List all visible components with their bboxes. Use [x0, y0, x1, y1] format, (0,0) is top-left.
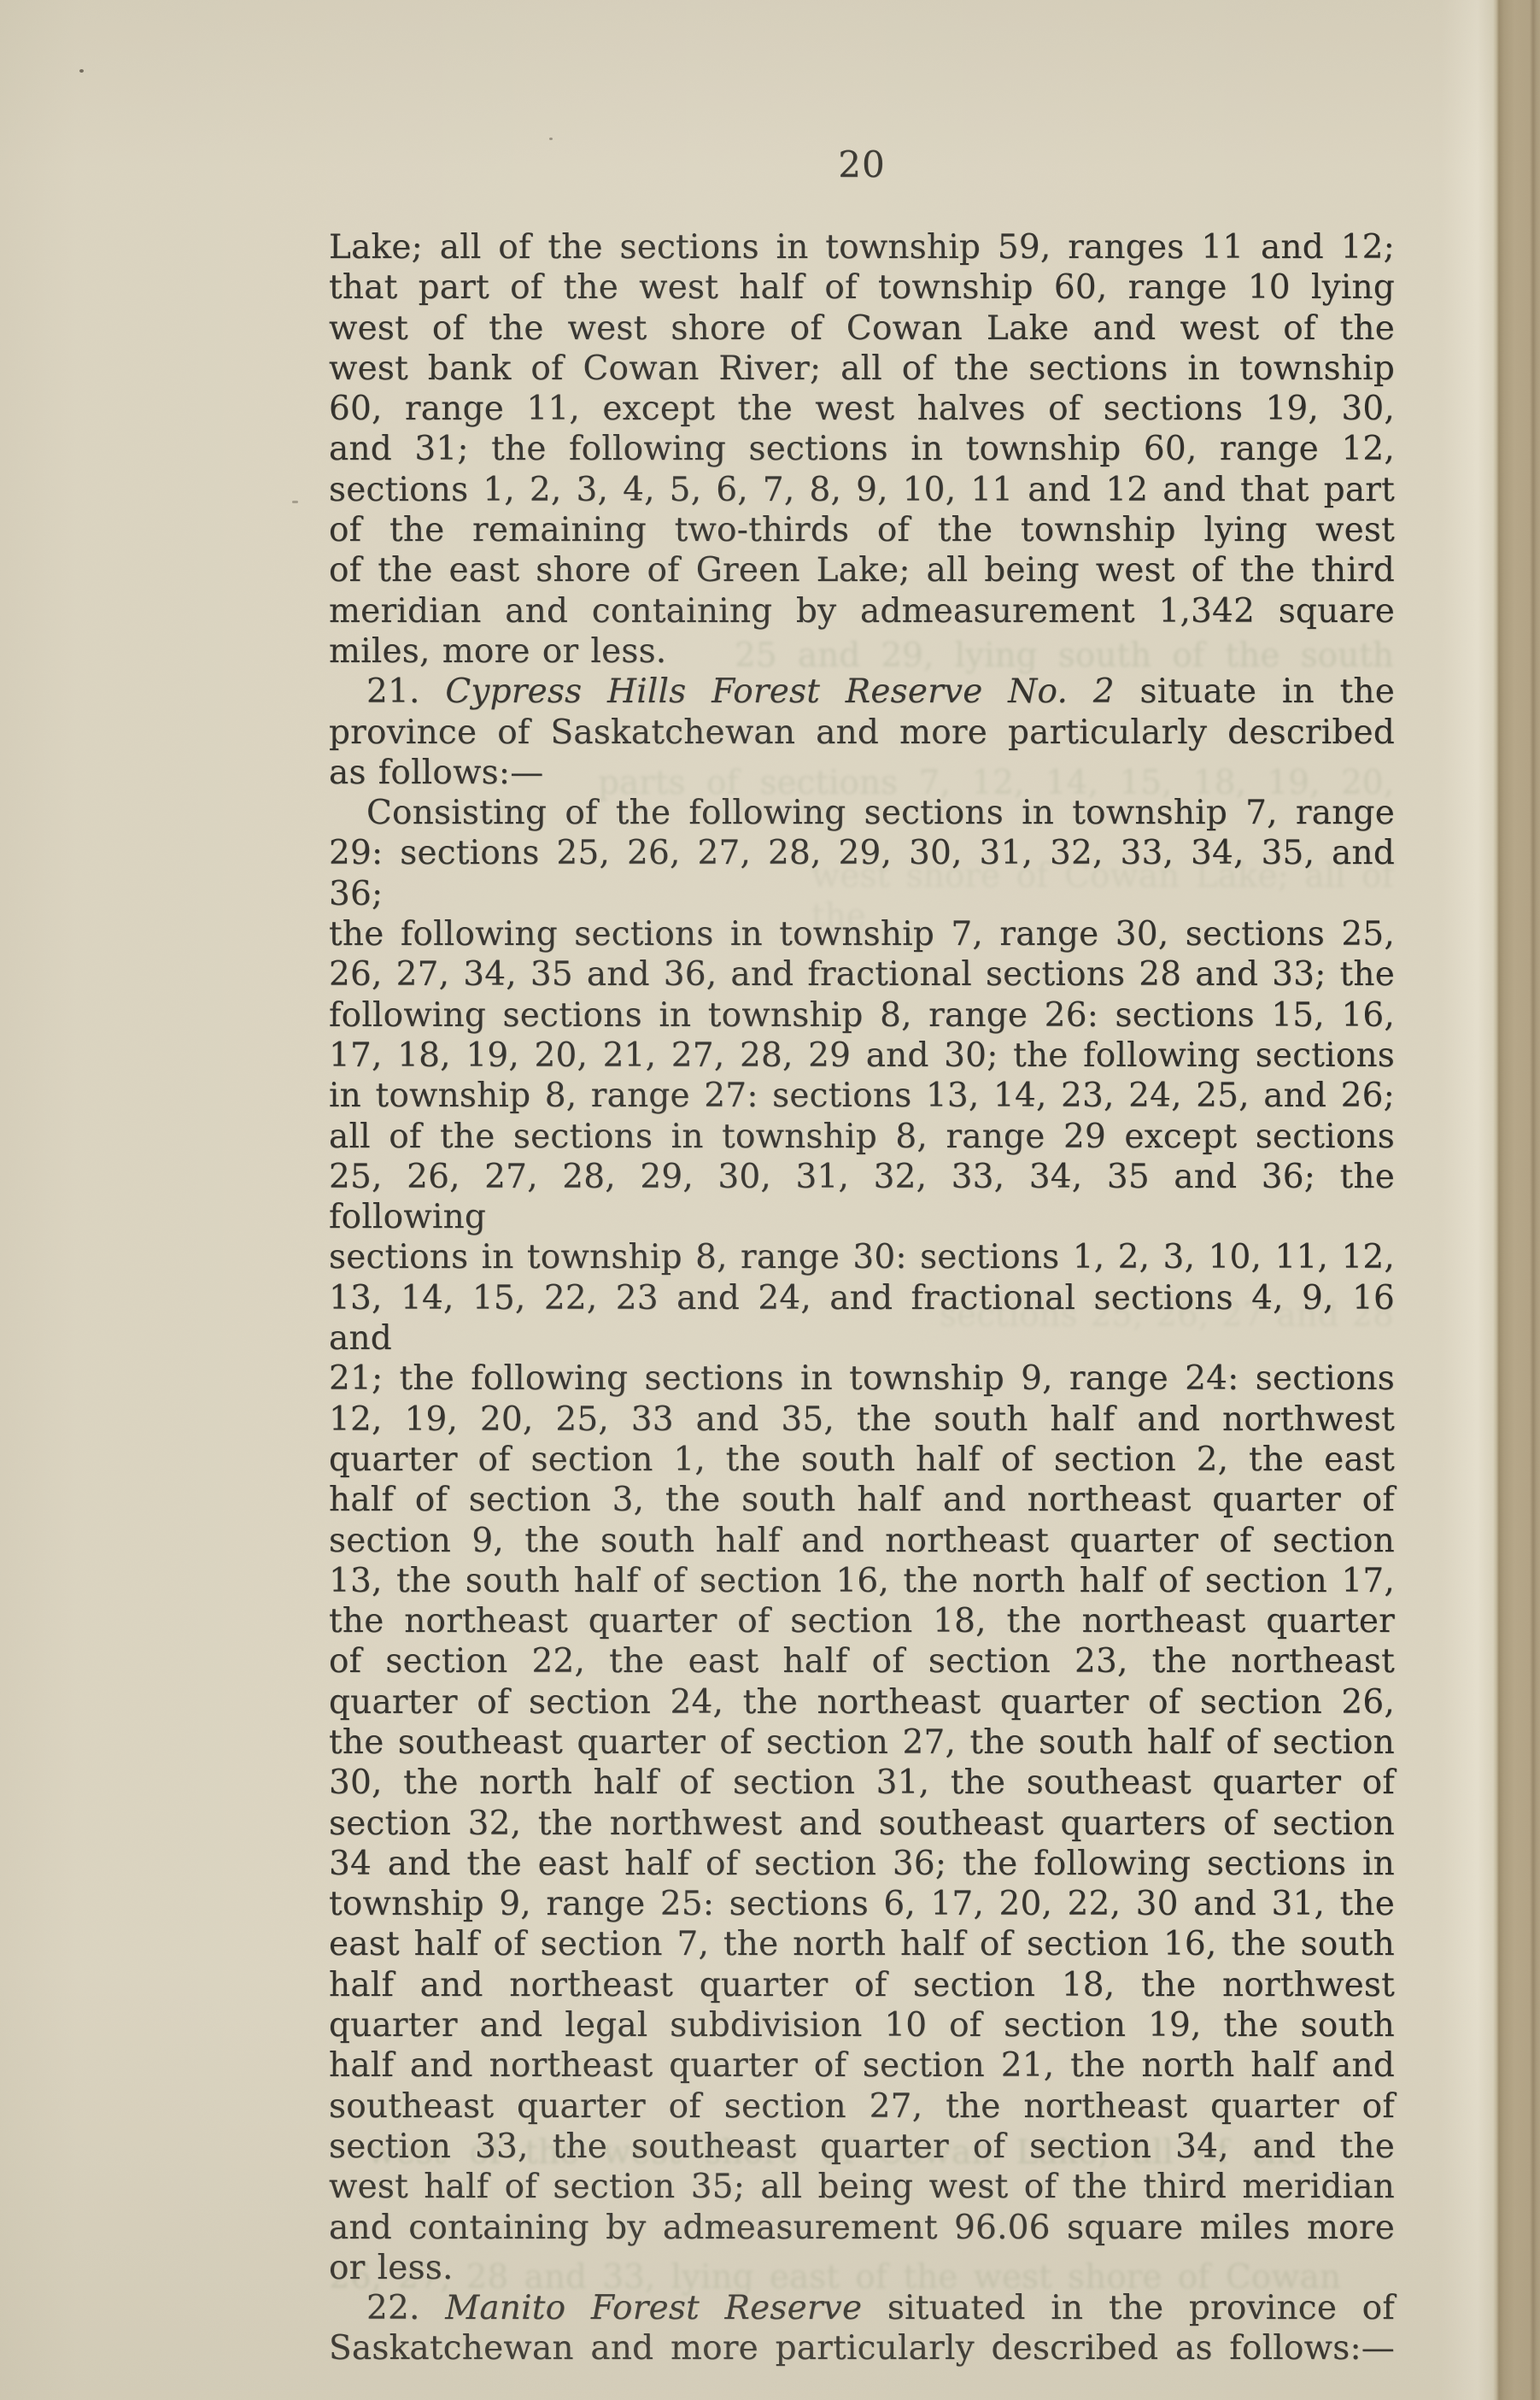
paragraph: Consisting of the following sections in …	[329, 793, 1395, 2288]
text-line: or less.	[329, 2248, 1395, 2288]
text-line: quarter of section 1, the south half of …	[329, 1440, 1395, 1480]
text-line: sections 1, 2, 3, 4, 5, 6, 7, 8, 9, 10, …	[329, 470, 1395, 510]
text-line: all of the sections in township 8, range…	[329, 1117, 1395, 1157]
text-line: and 31; the following sections in townsh…	[329, 429, 1395, 469]
text-line: quarter of section 24, the northeast qua…	[329, 1682, 1395, 1722]
page-number: 20	[329, 147, 1395, 183]
text-line: half and northeast quarter of section 18…	[329, 1965, 1395, 2005]
paragraph: Lake; all of the sections in township 59…	[329, 227, 1395, 672]
text-line: west bank of Cowan River; all of the sec…	[329, 349, 1395, 389]
text-line: 26, 27, 34, 35 and 36, and fractional se…	[329, 954, 1395, 995]
paper-speck	[79, 69, 84, 73]
text-line: 13, the south half of section 16, the no…	[329, 1561, 1395, 1601]
text-line: quarter and legal subdivision 10 of sect…	[329, 2005, 1395, 2045]
page-edge-binding	[1442, 0, 1540, 2400]
text-line: the southeast quarter of section 27, the…	[329, 1722, 1395, 1763]
text-line: and containing by admeasurement 96.06 sq…	[329, 2208, 1395, 2248]
text-line: 60, range 11, except the west halves of …	[329, 389, 1395, 429]
text-line: west of the west shore of Cowan Lake and…	[329, 308, 1395, 349]
text-line: 21. Cypress Hills Forest Reserve No. 2 s…	[329, 672, 1395, 712]
text-line: section 33, the southeast quarter of sec…	[329, 2127, 1395, 2167]
text-line: 22. Manito Forest Reserve situated in th…	[329, 2288, 1395, 2328]
text-line: of section 22, the east half of section …	[329, 1641, 1395, 1681]
text-line: 25, 26, 27, 28, 29, 30, 31, 32, 33, 34, …	[329, 1157, 1395, 1238]
text-line: following sections in township 8, range …	[329, 995, 1395, 1036]
text-line: half of section 3, the south half and no…	[329, 1480, 1395, 1520]
paper-speck	[292, 501, 298, 503]
text-line: province of Saskatchewan and more partic…	[329, 713, 1395, 753]
text-line: meridian and containing by admeasurement…	[329, 591, 1395, 631]
text-line: Consisting of the following sections in …	[329, 793, 1395, 833]
text-line: section 9, the south half and northeast …	[329, 1521, 1395, 1561]
text-line: 34 and the east half of section 36; the …	[329, 1844, 1395, 1884]
scanned-page: 25 and 29, lying south of the south part…	[0, 0, 1540, 2400]
text-line: sections in township 8, range 30: sectio…	[329, 1237, 1395, 1277]
paragraph: 21. Cypress Hills Forest Reserve No. 2 s…	[329, 672, 1395, 793]
text-line: 29: sections 25, 26, 27, 28, 29, 30, 31,…	[329, 833, 1395, 914]
text-line: 13, 14, 15, 22, 23 and 24, and fractiona…	[329, 1278, 1395, 1359]
paper-speck	[549, 138, 553, 140]
text-line: in township 8, range 27: sections 13, 14…	[329, 1076, 1395, 1116]
paragraph: 22. Manito Forest Reserve situated in th…	[329, 2288, 1395, 2369]
text-line: southeast quarter of section 27, the nor…	[329, 2086, 1395, 2127]
text-line: as follows:—	[329, 753, 1395, 793]
text-line: half and northeast quarter of section 21…	[329, 2045, 1395, 2086]
text-line: the following sections in township 7, ra…	[329, 914, 1395, 954]
text-line: 17, 18, 19, 20, 21, 27, 28, 29 and 30; t…	[329, 1036, 1395, 1076]
text-line: section 32, the northwest and southeast …	[329, 1804, 1395, 1844]
text-line: east half of section 7, the north half o…	[329, 1924, 1395, 1964]
text-line: township 9, range 25: sections 6, 17, 20…	[329, 1884, 1395, 1924]
text-line: 21; the following sections in township 9…	[329, 1358, 1395, 1399]
text-line: Saskatchewan and more particularly descr…	[329, 2328, 1395, 2368]
text-line: that part of the west half of township 6…	[329, 267, 1395, 308]
page-text: Lake; all of the sections in township 59…	[329, 227, 1395, 2369]
text-line: 30, the north half of section 31, the so…	[329, 1763, 1395, 1803]
text-line: of the remaining two-thirds of the towns…	[329, 510, 1395, 550]
text-line: Lake; all of the sections in township 59…	[329, 227, 1395, 267]
text-line: 12, 19, 20, 25, 33 and 35, the south hal…	[329, 1400, 1395, 1440]
text-line: west half of section 35; all being west …	[329, 2167, 1395, 2207]
text-line: of the east shore of Green Lake; all bei…	[329, 550, 1395, 590]
text-line: the northeast quarter of section 18, the…	[329, 1601, 1395, 1641]
text-line: miles, more or less.	[329, 631, 1395, 672]
